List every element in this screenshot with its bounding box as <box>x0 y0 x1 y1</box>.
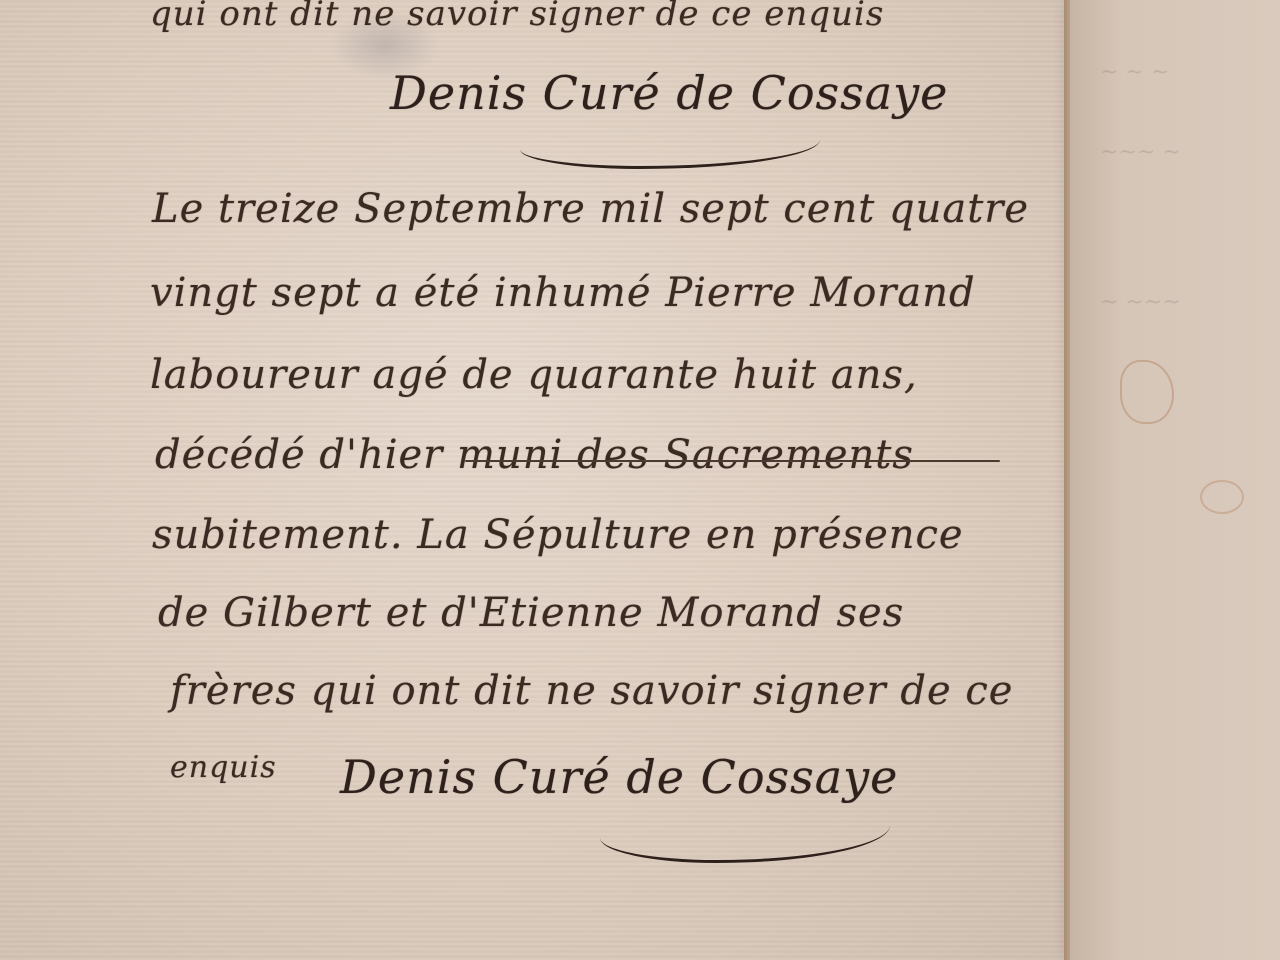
entry-signature: Denis Curé de Cossaye <box>340 750 898 804</box>
entry-line-8: enquis <box>170 750 277 785</box>
entry-line-1: Le treize Septembre mil sept cent quatre <box>152 186 1029 232</box>
entry-line-3: laboureur agé de quarante huit ans, <box>150 352 918 398</box>
previous-entry-closing-line: qui ont dit ne savoir signer de ce enqui… <box>150 0 884 34</box>
faded-text: ~ ~ ~ <box>1100 60 1169 85</box>
entry-line-4: décédé d'hier muni des Sacrements <box>155 432 914 478</box>
faded-text: ~ ~~~ <box>1100 290 1181 315</box>
entry-line-7: frères qui ont dit ne savoir signer de c… <box>170 668 1013 714</box>
entry-line-2: vingt sept a été inhumé Pierre Morand <box>150 270 976 316</box>
previous-entry-signature: Denis Curé de Cossaye <box>390 66 948 120</box>
entry-line-6: de Gilbert et d'Etienne Morand ses <box>158 590 904 636</box>
underline-stroke <box>465 460 1000 462</box>
entry-line-5: subitement. La Sépulture en présence <box>152 512 964 558</box>
document-photo: ~ ~ ~ ~~~ ~ ~ ~~~ qui ont dit ne savoir … <box>0 0 1280 960</box>
faded-text: ~~~ ~ <box>1100 140 1181 165</box>
